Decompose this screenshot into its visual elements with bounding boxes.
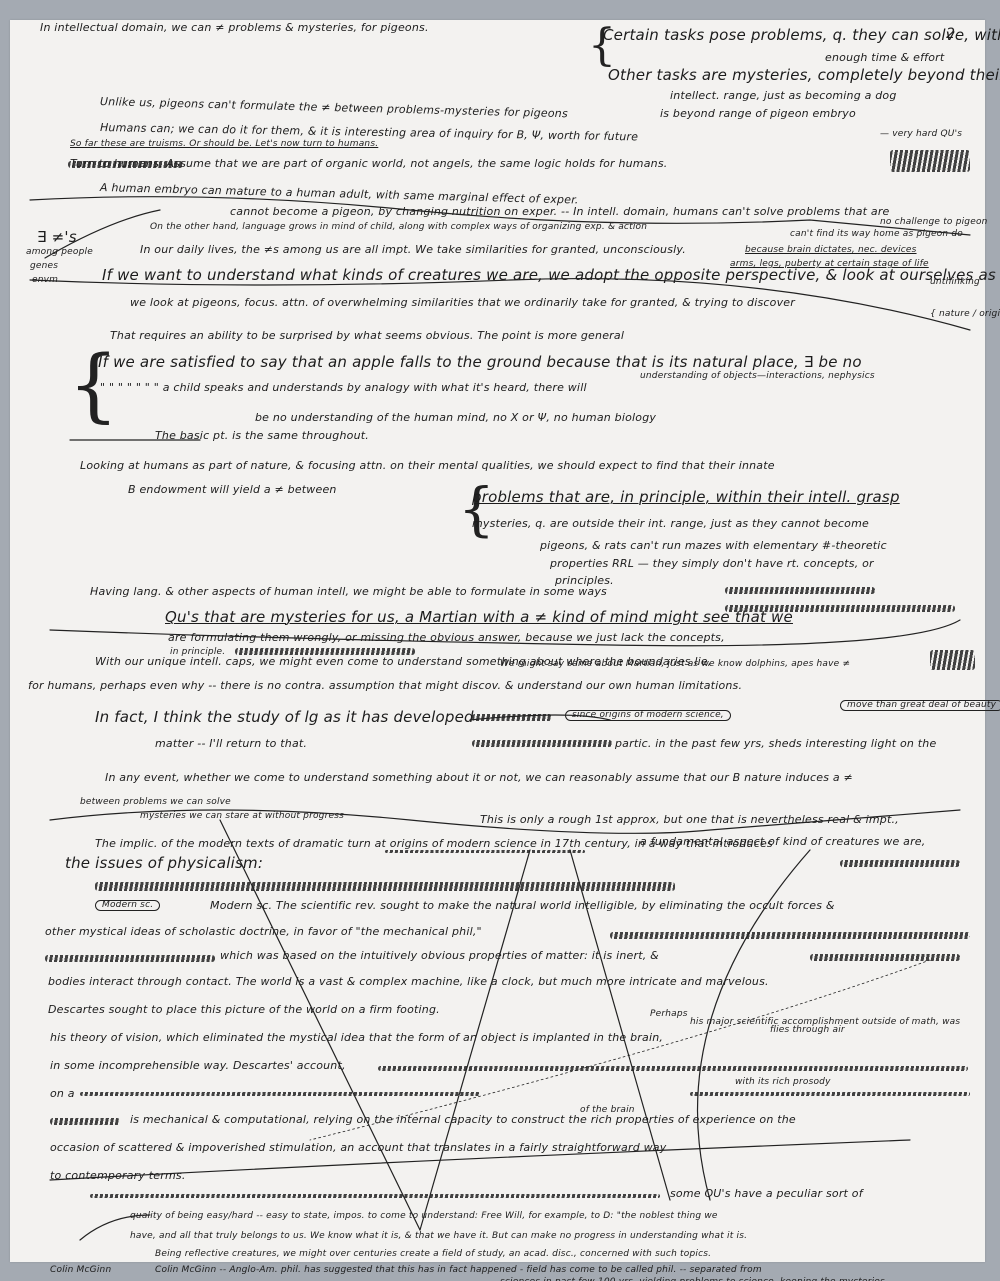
text-line: understanding of objects—interactions, n… — [640, 372, 875, 381]
text-line: Qu's that are mysteries for us, a Martia… — [165, 610, 793, 625]
text-line: is mechanical & computational, relying o… — [130, 1114, 796, 1125]
text-line: Having lang. & other aspects of human in… — [90, 586, 607, 597]
margin-note: Colin McGinn — [50, 1266, 111, 1275]
circled-note: since origins of modern science, — [565, 710, 731, 721]
text-line: no challenge to pigeon — [880, 218, 988, 227]
text-line: In fact, I think the study of lg as it h… — [95, 710, 474, 725]
crossed-out-text — [80, 1092, 480, 1096]
text-line: That requires an ability to be surprised… — [110, 330, 624, 341]
text-line: enough time & effort — [825, 52, 944, 63]
text-line: we look at pigeons, focus. attn. of over… — [130, 297, 795, 308]
text-line: his theory of vision, which eliminated t… — [50, 1032, 663, 1043]
crossed-out-text — [68, 161, 183, 168]
manuscript-page: 2 In intellectual domain, we can ≠ probl… — [10, 20, 985, 1262]
text-line: So far these are truisms. Or should be. … — [70, 140, 378, 149]
text-line: pigeons, & rats can't run mazes with ele… — [540, 540, 887, 551]
margin-note: Modern sc. — [95, 900, 160, 911]
text-line: to contemporary terms. — [50, 1170, 186, 1181]
text-line: because brain dictates, nec. devices — [745, 246, 917, 255]
text-line: some QU's have a peculiar sort of — [670, 1188, 863, 1199]
text-line: mysteries we can stare at without progre… — [140, 812, 344, 821]
text-line: properties RRL — they simply don't have … — [550, 558, 874, 569]
text-line: Modern sc. The scientific rev. sought to… — [210, 900, 835, 911]
crossed-out-text — [810, 954, 960, 961]
crossed-out-text — [50, 1118, 120, 1125]
crossed-out-text — [610, 932, 970, 939]
text-line: bodies interact through contact. The wor… — [48, 976, 769, 987]
text-line: If we are satisfied to say that an apple… — [98, 355, 862, 370]
text-line: are formulating them wrongly, or missing… — [168, 632, 725, 643]
margin-note: among people — [26, 248, 93, 257]
crossed-out-text — [890, 150, 970, 172]
text-line: Other tasks are mysteries, completely be… — [608, 68, 1000, 83]
text-line: Looking at humans as part of nature, & f… — [80, 460, 775, 471]
text-line: for humans, perhaps even why -- there is… — [28, 680, 742, 691]
text-line: Certain tasks pose problems, q. they can… — [603, 28, 1000, 43]
text-line: In our daily lives, the ≠s among us are … — [140, 244, 686, 255]
text-line: In any event, whether we come to underst… — [105, 772, 853, 783]
text-line: mysteries, q. are outside their int. ran… — [472, 518, 869, 529]
text-line: — very hard QU's — [880, 130, 962, 139]
text-line: other mystical ideas of scholastic doctr… — [45, 926, 482, 937]
text-line: intellect. range, just as becoming a dog — [670, 90, 897, 101]
text-line: is beyond range of pigeon embryo — [660, 108, 856, 119]
text-line: the issues of physicalism: — [65, 856, 263, 871]
text-line: " " " " " " " a child speaks and underst… — [100, 382, 587, 393]
text-line: The implic. of the modern texts of drama… — [95, 838, 773, 849]
crossed-out-text — [472, 740, 612, 747]
text-line: Colin McGinn -- Anglo-Am. phil. has sugg… — [155, 1266, 762, 1275]
crossed-out-text — [472, 714, 552, 721]
text-line: be no understanding of the human mind, n… — [255, 412, 656, 423]
text-line: The basic pt. is the same throughout. — [155, 430, 369, 441]
brace: { — [458, 475, 495, 543]
text-line: flies through air — [770, 1026, 845, 1035]
text-line: With our unique intell. caps, we might e… — [95, 656, 712, 667]
circled-note: move than great deal of beauty — [840, 700, 1000, 711]
text-line: occasion of scattered & impoverished sti… — [50, 1142, 666, 1153]
text-line: on a — [50, 1088, 75, 1099]
text-line: Perhaps — [650, 1010, 688, 1019]
margin-note: ∃ ≠'s — [37, 230, 77, 245]
text-line: matter -- I'll return to that. — [155, 738, 307, 749]
text-line: between problems we can solve — [80, 798, 231, 807]
text-line: partic. in the past few yrs, sheds inter… — [615, 738, 936, 749]
crossed-out-text — [840, 860, 960, 867]
crossed-out-text — [725, 587, 875, 594]
text-line: On the other hand, language grows in min… — [150, 223, 647, 232]
crossed-out-text — [690, 1092, 970, 1096]
crossed-out-text — [378, 1066, 968, 1071]
text-line: can't find its way home as pigeon do — [790, 230, 963, 239]
crossed-out-text — [235, 648, 415, 655]
crossed-out-text — [45, 955, 215, 962]
text-line: have, and all that truly belongs to us. … — [130, 1232, 747, 1241]
text-line: This is only a rough 1st approx, but one… — [480, 814, 899, 825]
text-line: If we want to understand what kinds of c… — [102, 268, 996, 283]
text-line: which was based on the intuitively obvio… — [220, 950, 659, 961]
crossed-out-text — [90, 1194, 660, 1198]
text-line: Unlike us, pigeons can't formulate the ≠… — [100, 96, 568, 119]
text-line: cannot become a pigeon, by changing nutr… — [230, 206, 890, 217]
margin-note: envm — [32, 276, 58, 285]
text-line: { nature / origins — [930, 310, 1000, 319]
text-line: B endowment will yield a ≠ between — [128, 484, 337, 495]
text-line: with its rich prosody — [735, 1078, 831, 1087]
margin-note: genes — [30, 262, 58, 271]
text-line: A human embryo can mature to a human adu… — [100, 182, 579, 206]
text-line: problems that are, in principle, within … — [472, 490, 900, 505]
crossed-out-text — [385, 850, 585, 853]
text-line: in some incomprehensible way. Descartes'… — [50, 1060, 346, 1071]
text-line: Being reflective creatures, we might ove… — [155, 1250, 711, 1259]
text-line: Descartes sought to place this picture o… — [48, 1004, 440, 1015]
text-line: quality of being easy/hard -- easy to st… — [130, 1212, 718, 1221]
crossed-out-text — [95, 882, 675, 891]
crossed-out-text — [930, 650, 975, 670]
text-line: In intellectual domain, we can ≠ problem… — [40, 22, 429, 33]
